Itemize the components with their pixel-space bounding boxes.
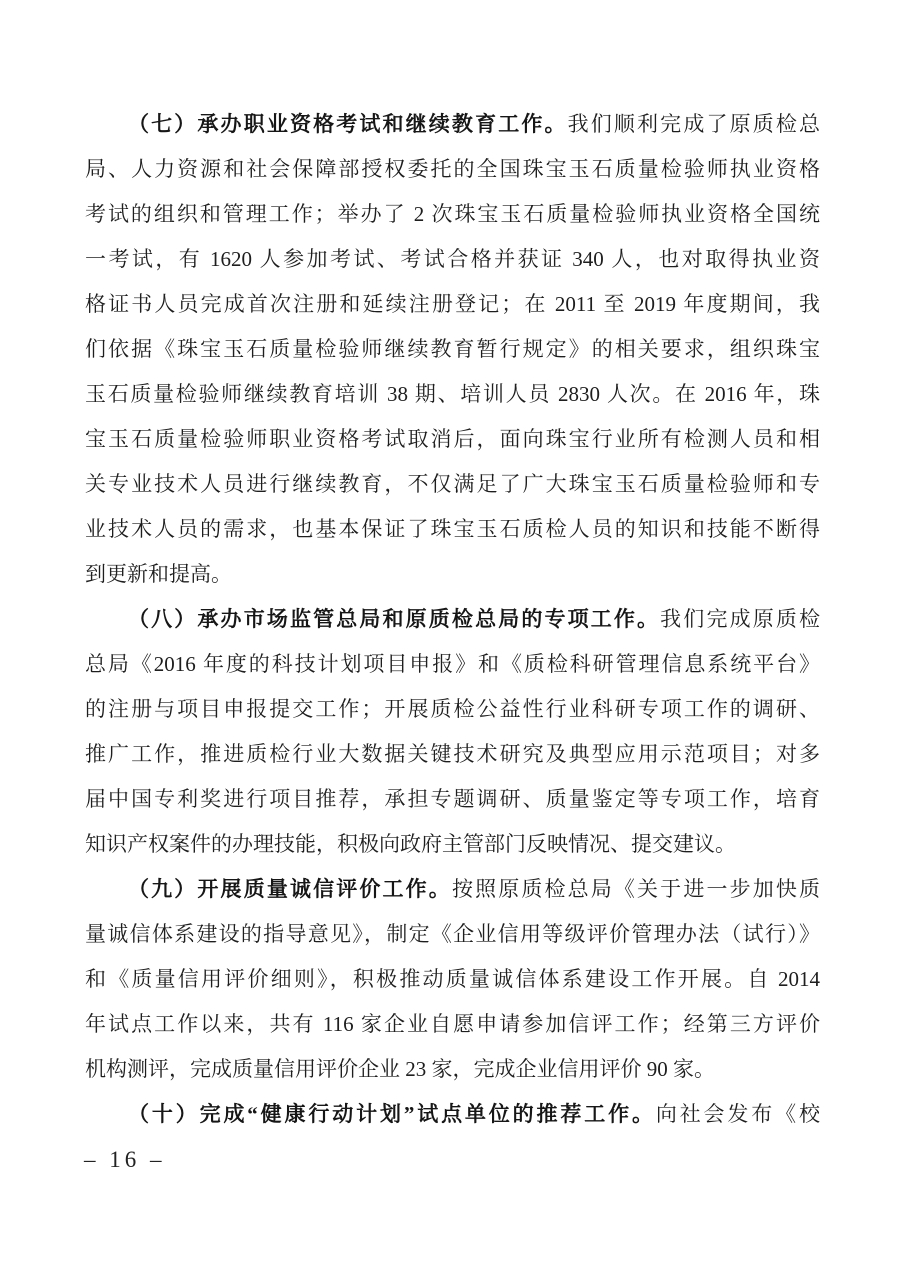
text-line: 关专业技术人员进行继续教育，不仅满足了广大珠宝玉石质量检验师和专: [85, 462, 820, 507]
text-line: 考试的组织和管理工作；举办了 2 次珠宝玉石质量检验师执业资格全国统: [85, 192, 820, 237]
paragraph-first-line: （十）完成“健康行动计划”试点单位的推荐工作。向社会发布《校: [85, 1092, 820, 1137]
paragraph-section-7: （七）承办职业资格考试和继续教育工作。我们顺利完成了原质检总 局、人力资源和社会…: [85, 102, 820, 597]
text-line: 的注册与项目申报提交工作；开展质检公益性行业科研专项工作的调研、: [85, 687, 820, 732]
text-line: 量诚信体系建设的指导意见》，制定《企业信用等级评价管理办法（试行）》: [85, 912, 820, 957]
section-heading: （七）承办职业资格考试和继续教育工作。: [128, 112, 568, 136]
text-line: 届中国专利奖进行项目推荐，承担专题调研、质量鉴定等专项工作，培育: [85, 777, 820, 822]
text-line: 格证书人员完成首次注册和延续注册登记；在 2011 至 2019 年度期间，我: [85, 282, 820, 327]
paragraph-first-line: （七）承办职业资格考试和继续教育工作。我们顺利完成了原质检总: [85, 102, 820, 147]
text-line: 年试点工作以来，共有 116 家企业自愿申请参加信评工作；经第三方评价: [85, 1002, 820, 1047]
paragraph-text: 向社会发布《校: [656, 1102, 820, 1126]
text-line: 推广工作，推进质检行业大数据关键技术研究及典型应用示范项目；对多: [85, 732, 820, 777]
paragraph-first-line: （八）承办市场监管总局和原质检总局的专项工作。我们完成原质检: [85, 597, 820, 642]
paragraph-section-8: （八）承办市场监管总局和原质检总局的专项工作。我们完成原质检 总局《2016 年…: [85, 597, 820, 867]
text-line: 知识产权案件的办理技能，积极向政府主管部门反映情况、提交建议。: [85, 822, 820, 867]
text-line: 玉石质量检验师继续教育培训 38 期、培训人员 2830 人次。在 2016 年…: [85, 372, 820, 417]
document-page: （七）承办职业资格考试和继续教育工作。我们顺利完成了原质检总 局、人力资源和社会…: [0, 0, 900, 1273]
page-number: – 16 –: [84, 1137, 166, 1182]
text-line: 和《质量信用评价细则》，积极推动质量诚信体系建设工作开展。自 2014: [85, 957, 820, 1002]
text-line: 业技术人员的需求，也基本保证了珠宝玉石质检人员的知识和技能不断得: [85, 507, 820, 552]
paragraph-text: 按照原质检总局《关于进一步加快质: [452, 877, 820, 901]
paragraph-text: 我们完成原质检: [660, 607, 820, 631]
text-column: （七）承办职业资格考试和继续教育工作。我们顺利完成了原质检总 局、人力资源和社会…: [85, 102, 820, 1137]
text-line: 到更新和提高。: [85, 552, 820, 597]
section-heading: （十）完成“健康行动计划”试点单位的推荐工作。: [128, 1102, 656, 1126]
section-heading: （八）承办市场监管总局和原质检总局的专项工作。: [128, 607, 660, 631]
text-line: 宝玉石质量检验师职业资格考试取消后，面向珠宝行业所有检测人员和相: [85, 417, 820, 462]
paragraph-first-line: （九）开展质量诚信评价工作。按照原质检总局《关于进一步加快质: [85, 867, 820, 912]
text-line: 们依据《珠宝玉石质量检验师继续教育暂行规定》的相关要求，组织珠宝: [85, 327, 820, 372]
paragraph-section-9: （九）开展质量诚信评价工作。按照原质检总局《关于进一步加快质 量诚信体系建设的指…: [85, 867, 820, 1092]
text-line: 局、人力资源和社会保障部授权委托的全国珠宝玉石质量检验师执业资格: [85, 147, 820, 192]
text-line: 总局《2016 年度的科技计划项目申报》和《质检科研管理信息系统平台》: [85, 642, 820, 687]
text-line: 一考试，有 1620 人参加考试、考试合格并获证 340 人，也对取得执业资: [85, 237, 820, 282]
paragraph-text: 我们顺利完成了原质检总: [568, 112, 820, 136]
paragraph-section-10: （十）完成“健康行动计划”试点单位的推荐工作。向社会发布《校: [85, 1092, 820, 1137]
section-heading: （九）开展质量诚信评价工作。: [128, 877, 452, 901]
text-line: 机构测评，完成质量信用评价企业 23 家，完成企业信用评价 90 家。: [85, 1047, 820, 1092]
